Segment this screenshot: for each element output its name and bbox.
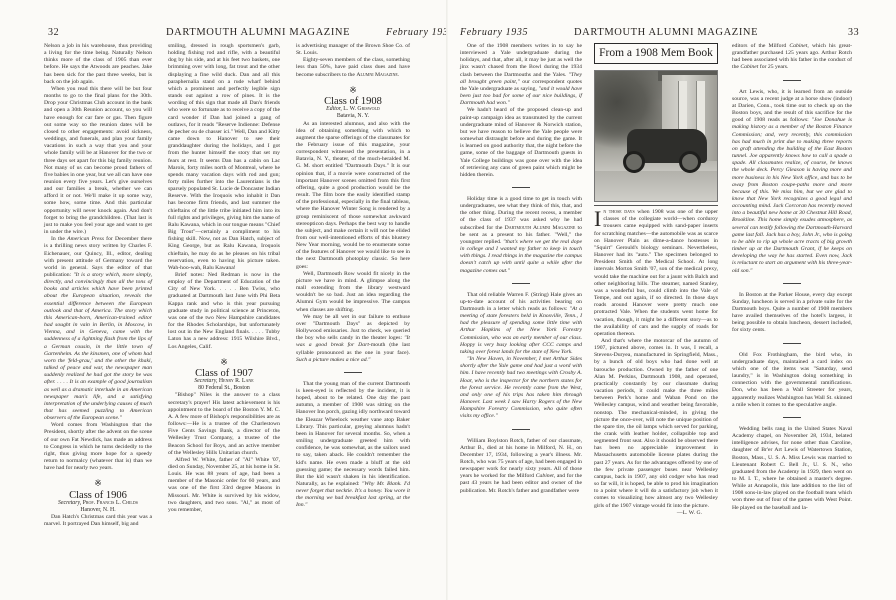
vintage-car-photo	[594, 70, 718, 202]
left-page: 32 DARTMOUTH ALUMNI MAGAZINE February 19…	[0, 0, 448, 600]
left-column-3: is advertising manager of the Brown Shoe…	[296, 43, 410, 510]
paragraph: smiling, dressed in rough sportsmen's ga…	[168, 43, 280, 272]
paragraph: Holiday time is a good time to get in to…	[460, 196, 582, 275]
right-column-1: One of the 1908 members writes in to say…	[460, 43, 582, 495]
section-divider	[783, 283, 801, 284]
feature-box-title: From a 1908 Mem Book	[594, 43, 718, 64]
paragraph: In the American Press for December there…	[44, 236, 152, 422]
section-divider	[783, 80, 801, 81]
section-divider	[344, 372, 362, 373]
paragraph: Word comes from Washington that the Pres…	[44, 422, 152, 472]
section-divider	[783, 343, 801, 344]
class-secretary: Secretary, Henry R. Lane	[168, 378, 280, 385]
section-divider	[512, 187, 530, 188]
paragraph: is advertising manager of the Brown Shoe…	[296, 43, 410, 57]
paragraph: We hadn't heard of the proposed clean-up…	[460, 107, 582, 179]
paragraph: As an interested alumnus, and also with …	[296, 121, 410, 271]
paragraph: Old Fox Frothingham, the bird who, in un…	[732, 352, 852, 409]
section-divider	[783, 417, 801, 418]
asterism-ornament-icon: ※	[44, 480, 152, 487]
right-column-2: From a 1908 Mem Book In those days when …	[594, 43, 718, 517]
page-number-right: 33	[848, 27, 859, 39]
paragraph: Dan Hatch's Christmas card this year was…	[44, 514, 152, 528]
masthead-right: DARTMOUTH ALUMNI MAGAZINE	[574, 27, 758, 39]
asterism-ornament-icon: ※	[296, 87, 410, 94]
asterism-ornament-icon: ※	[168, 359, 280, 366]
paragraph: Well, Dartmouth Row would fit nicely in …	[296, 271, 410, 314]
class-secretary: Secretary, Prof. Francis L. Childs	[44, 500, 152, 507]
paragraph: Eighty-seven members of the class, somet…	[296, 57, 410, 78]
left-column-1: Nelson a job in his warehouse, thus prov…	[44, 43, 152, 528]
paragraph: editors of the Milford Cabinet, which hi…	[732, 43, 852, 72]
right-column-3: editors of the Milford Cabinet, which hi…	[732, 43, 852, 512]
class-heading-1906: Class of 1906	[44, 492, 152, 499]
paragraph: One of the 1908 members writes in to say…	[460, 43, 582, 107]
section-divider	[512, 429, 530, 430]
class-location: 80 Federal St., Boston	[168, 385, 280, 392]
paragraph: That the young man of the current Dartmo…	[296, 381, 410, 510]
left-column-2: smiling, dressed in rough sportsmen's ga…	[168, 43, 280, 514]
issue-date-left: February 1935	[386, 27, 454, 39]
paragraph: When you read this there will be but fou…	[44, 86, 152, 236]
paragraph: In those days when 1908 was one of the u…	[594, 209, 718, 338]
right-page: February 1935 DARTMOUTH ALUMNI MAGAZINE …	[448, 0, 896, 600]
paragraph: William Boylston Rotch, father of our cl…	[460, 438, 582, 495]
issue-date-right: February 1935	[460, 27, 528, 39]
paragraph: Alfred W. White, father of "Al" White '0…	[168, 457, 280, 514]
page-number-left: 32	[48, 27, 59, 39]
paragraph: Brief notes: Ned Redman is now in the em…	[168, 272, 280, 351]
class-editor: Editor, L. W. Griswold	[296, 106, 410, 113]
class-heading-1908: Class of 1908	[296, 98, 410, 105]
paragraph: Nelson a job in his warehouse, thus prov…	[44, 43, 152, 86]
class-location: Hanover, N. H.	[44, 507, 152, 514]
drop-cap: I	[594, 209, 603, 228]
paragraph: And that's where the motorcar of the aut…	[594, 338, 718, 510]
paragraph: Wedding bells rang in the United States …	[732, 426, 852, 512]
paragraph: "In New Haven, in November, I met Arthur…	[460, 356, 582, 420]
class-location: Batavia, N. Y.	[296, 113, 410, 120]
paragraph: In Boston at the Parker House, every day…	[732, 292, 852, 335]
paragraph: We may be all wet in our failure to enth…	[296, 314, 410, 364]
author-signoff: —L. W. G.	[594, 510, 718, 517]
section-divider	[512, 283, 530, 284]
paragraph: Art Lewis, who, it is learned from an ou…	[732, 89, 852, 275]
paragraph: That old reliable Warren F. (String) Hal…	[460, 292, 582, 356]
paragraph: "Bishop" Niles is the answer to a class …	[168, 392, 280, 456]
masthead-left: DARTMOUTH ALUMNI MAGAZINE	[166, 27, 350, 39]
class-heading-1907: Class of 1907	[168, 370, 280, 377]
